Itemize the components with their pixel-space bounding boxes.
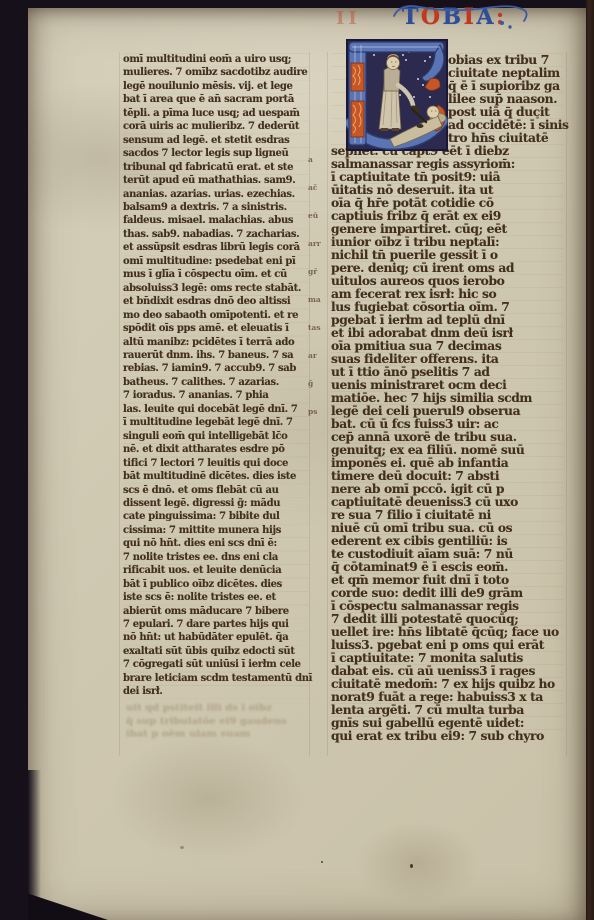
text-line: spōdit oīs pps amē. et eleuatis ī (123, 322, 309, 335)
showthrough-text: uit qd pstiteit illi ds ī oībzq̄ sup tri… (126, 702, 316, 741)
text-line: sensum ad legē. et stetit esdras (123, 134, 309, 147)
ink-speck (180, 846, 184, 849)
text-line: thas. sab9. nabadias. 7 zacharias. (123, 228, 309, 241)
ruling-line (566, 52, 567, 756)
illuminated-initial-T (346, 39, 448, 151)
text-line: tēpli. a pīma luce usq; ad uespam̄ (123, 107, 309, 120)
gutter-marginalia: aac̄eūarrgr̄matasarg̃ps (308, 146, 330, 426)
text-line: legē nouilunio mēsis. vij. et lege (123, 80, 309, 93)
text-line: las. leuite qui docebāt legē dnī. 7 (123, 403, 309, 416)
text-line: ananias. azarias. urias. ezechias. (123, 188, 309, 201)
text-line: bāt multitudinē dicētes. dies iste (123, 470, 309, 483)
marginal-note: eū (308, 202, 330, 230)
text-line: cissima: 7 mittite munera hijs (123, 524, 309, 537)
text-line: rauerūt dnm. ihs. 7 baneus. 7 sa (123, 349, 309, 362)
text-line: et bn̄dixit esdras dnō deo altissi (123, 295, 309, 308)
text-line: 7 cōgregati sūt uniūsi ī ierłm cele (123, 658, 309, 671)
text-line: balsam9 a dextris. 7 a sinistris. (123, 201, 309, 214)
marginal-note: a (308, 146, 330, 174)
text-line: scs ē dnō. et oms flebāt cū au (123, 484, 309, 497)
text-line: nō hn̄t: ut habūdāter epulēt. q̄a (123, 631, 309, 644)
text-line: qui erat ex tribu ei9: 7 sub chyro (331, 729, 563, 742)
text-line: omī multitudine: psedebat eni pī (123, 255, 309, 268)
text-line: 7 nolite tristes ee. dns eni cla (123, 551, 309, 564)
text-line: singuli eom̄ qui intelligebāt lc̄o (123, 430, 309, 443)
page-right-edge-shadow (585, 0, 594, 920)
text-line: 7 epulari. 7 dare partes hijs qui (123, 618, 309, 631)
text-line: brare leticiam scdm testamentū dnī (123, 672, 309, 685)
text-line: corā uiris ac mulieribz. 7 dederūt (123, 120, 309, 133)
text-column-left: omī multitudini eom̄ a uiro usq;mulieres… (123, 53, 309, 699)
marginal-note: ps (308, 398, 330, 426)
showthrough-line: ibat p oēm uiam suam (126, 728, 316, 741)
showthrough-line: uit qd pstiteit illi ds ī oībz (126, 702, 316, 715)
marginal-note: ma (308, 286, 330, 314)
text-line: dei isrł. (123, 685, 309, 698)
text-line: faldeus. misael. malachias. abus (123, 214, 309, 227)
text-line: tribunal qd fabricatū erat. et ste (123, 161, 309, 174)
text-line: nē. et dixit attharates esdre pō (123, 443, 309, 456)
header-flourish-icon (388, 0, 540, 32)
text-line: bat ī area que ē an̄ sacram portā (123, 93, 309, 106)
ruling-line (119, 52, 120, 756)
text-line: bāt ī publico oībz dicētes. dies (123, 578, 309, 591)
text-line: absoluiss3 legē: oms recte stabāt. (123, 282, 309, 295)
text-line: cate pinguissima: 7 bibite dul (123, 510, 309, 523)
text-line: mo deo sabaoth omīpotenti. et re (123, 309, 309, 322)
ink-speck (321, 861, 323, 863)
text-line: terūt apud eū mathathias. sam9. (123, 174, 309, 187)
marginal-note: tas (308, 314, 330, 342)
text-column-right: obias ex tribu 7ciuitate neptalimq̄ ē ī … (331, 53, 563, 742)
text-line: mulieres. 7 omībz sacdotibz audire (123, 66, 309, 79)
ink-speck (410, 864, 413, 868)
text-line: ī multitudine legebāt legē dnī. 7 (123, 416, 309, 429)
marginal-note: ac̄ (308, 174, 330, 202)
marginal-note: gr̄ (308, 258, 330, 286)
text-line: 7 ioradus. 7 ananias. 7 phia (123, 389, 309, 402)
text-line: sacdos 7 lector legis sup ligneū (123, 147, 309, 160)
marginal-note: ar (308, 342, 330, 370)
text-line: tifici 7 lectori 7 leuitis qui doce (123, 457, 309, 470)
text-line: et assūpsit esdras librū legis corā (123, 241, 309, 254)
text-line: rebias. 7 iamin9. 7 accub9. 7 sab (123, 362, 309, 375)
text-line: rificabit uos. et leuite denūcia (123, 564, 309, 577)
text-line: dissent legē. digressi g̃: mādu (123, 497, 309, 510)
text-line: qui nō hn̄t. dies eni scs dnī ē: (123, 537, 309, 550)
marginal-note: arr (308, 230, 330, 258)
running-header-volume-numeral: II (336, 8, 361, 29)
text-line: batheus. 7 calithes. 7 azarias. (123, 376, 309, 389)
text-line: omī multitudini eom̄ a uiro usq; (123, 53, 309, 66)
photo-backdrop: II TOBIA: omī multitudini eom̄ a uiro us… (0, 0, 594, 920)
showthrough-line: q̄ sup tribulatōe ei9 gaudens (126, 715, 316, 728)
text-line: exaltati sūt ūbis quibz edocti sūt (123, 645, 309, 658)
text-line: altū manibz: pcidētes ī terrā ado (123, 336, 309, 349)
text-line: abierūt oms māducare 7 bibere (123, 605, 309, 618)
text-line: iste scs ē: nolite tristes ee. et (123, 591, 309, 604)
lines-full-width: sephet. cū capt9 eēt ī diebzsalmanassar … (331, 144, 563, 742)
text-line: mus ī glīa ī cōspectu oīm. et cū (123, 268, 309, 281)
marginal-note: g̃ (308, 370, 330, 398)
